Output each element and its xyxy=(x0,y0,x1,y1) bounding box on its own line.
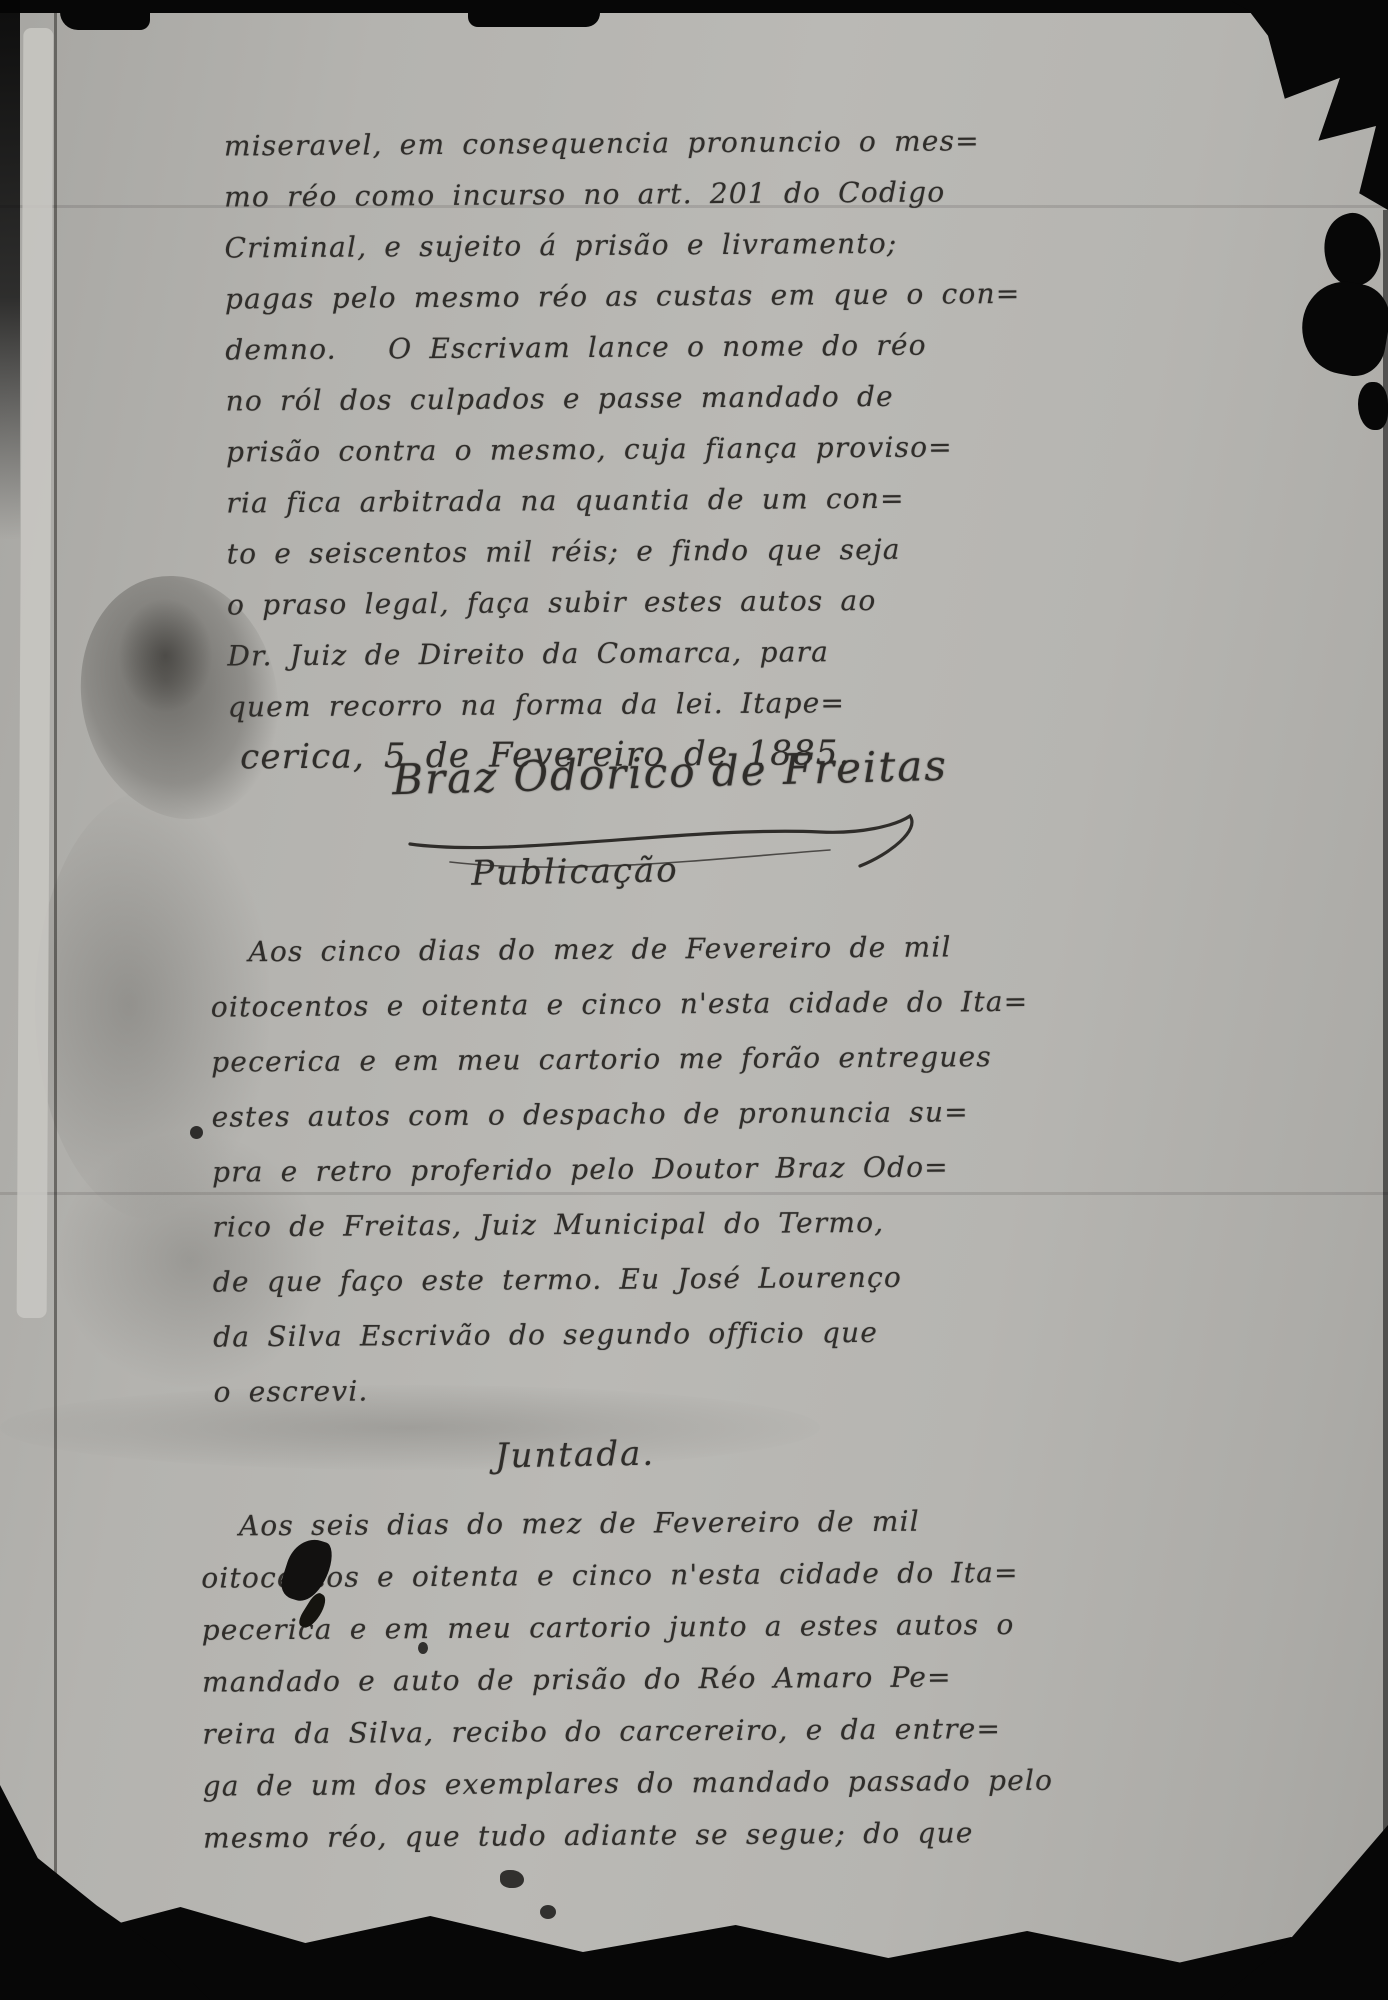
torn-edge-top xyxy=(0,0,1388,13)
manuscript-line: pecerica e em meu cartorio me forão entr… xyxy=(211,1029,947,1089)
judgment-text-block: miseravel, em consequencia pronuncio o m… xyxy=(224,116,945,784)
torn-edge-top xyxy=(468,0,600,27)
page-edge-right xyxy=(1383,210,1388,1900)
ink-speck xyxy=(540,1905,556,1919)
manuscript-line: ga de um dos exemplares do mandado passa… xyxy=(203,1755,963,1812)
manuscript-line: no ról dos culpados e passe mandado de xyxy=(225,371,941,427)
manuscript-line: Dr. Juiz de Direito da Comarca, para xyxy=(227,625,943,681)
torn-edge-top xyxy=(60,0,150,30)
scanned-document: miseravel, em consequencia pronuncio o m… xyxy=(0,0,1388,2000)
juntada-heading: Juntada. xyxy=(215,1429,936,1482)
manuscript-line: Aos cinco dias do mez de Fevereiro de mi… xyxy=(210,919,946,979)
manuscript-line: o escrevi. xyxy=(213,1359,949,1419)
publicacao-text-block: Aos cinco dias do mez de Fevereiro de mi… xyxy=(210,919,949,1419)
manuscript-line: Criminal, e sujeito á prisão e livrament… xyxy=(224,218,940,274)
manuscript-line: o praso legal, faça subir estes autos ao xyxy=(227,574,943,630)
manuscript-line: quem recorro na forma da lei. Itape= xyxy=(228,676,944,732)
paper-stain xyxy=(118,598,213,713)
publicacao-heading: Publicação xyxy=(215,846,936,899)
page-fold-edge xyxy=(17,28,54,1318)
manuscript-line: estes autos com o despacho de pronuncia … xyxy=(211,1084,947,1144)
binding-fold-line xyxy=(54,0,57,1950)
manuscript-line: ria fica arbitrada na quantia de um con= xyxy=(226,473,942,529)
manuscript-line: pagas pelo mesmo réo as custas em que o … xyxy=(225,269,941,325)
manuscript-line: da Silva Escrivão do segundo officio que xyxy=(213,1304,949,1364)
manuscript-line: reira da Silva, recibo do carcereiro, e … xyxy=(202,1703,962,1760)
manuscript-line: demno. O Escrivam lance o nome do réo xyxy=(225,320,941,376)
ink-speck xyxy=(500,1870,524,1888)
manuscript-line: pra e retro proferido pelo Doutor Braz O… xyxy=(212,1139,948,1199)
manuscript-page: miseravel, em consequencia pronuncio o m… xyxy=(0,0,1388,2000)
manuscript-line: to e seiscentos mil réis; e findo que se… xyxy=(227,523,943,579)
manuscript-line: mandado e auto de prisão do Réo Amaro Pe… xyxy=(202,1651,962,1708)
ink-speck xyxy=(190,1126,203,1139)
manuscript-line: rico de Freitas, Juiz Municipal do Termo… xyxy=(212,1194,948,1254)
manuscript-line: miseravel, em consequencia pronuncio o m… xyxy=(224,116,940,172)
manuscript-line: mo réo como incurso no art. 201 do Codig… xyxy=(224,167,940,223)
manuscript-line: prisão contra o mesmo, cuja fiança provi… xyxy=(226,422,942,478)
binding-shadow-left xyxy=(0,0,20,540)
manuscript-line: mesmo réo, que tudo adiante se segue; do… xyxy=(203,1807,963,1864)
manuscript-line: de que faço este termo. Eu José Lourenço xyxy=(213,1249,949,1309)
ink-speck xyxy=(418,1642,428,1654)
manuscript-line: oitocentos e oitenta e cinco n'esta cida… xyxy=(211,974,947,1034)
